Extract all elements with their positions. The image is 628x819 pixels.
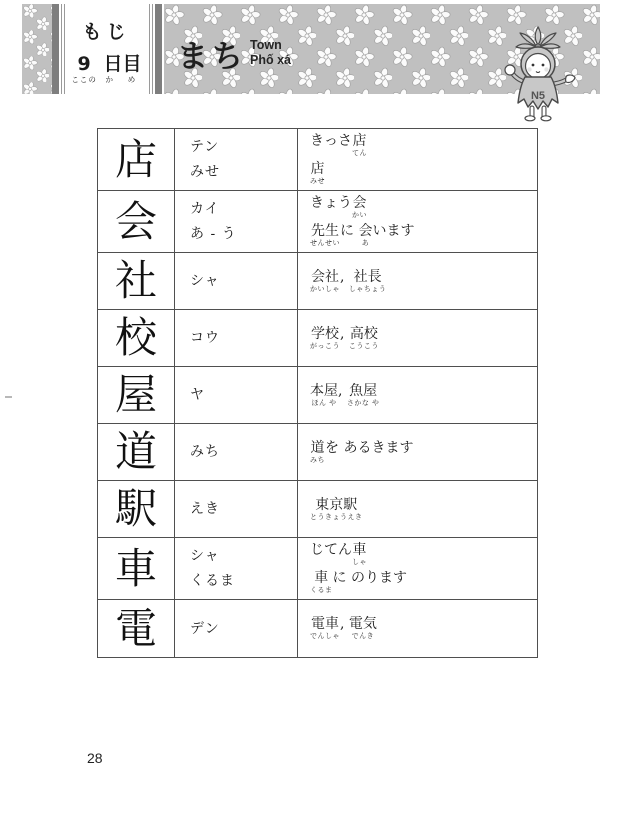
kanji-cell: 店 <box>98 129 175 190</box>
base-text: 本屋 <box>310 383 338 400</box>
base-text: 店 <box>353 133 367 150</box>
furigana: がっこう <box>310 343 340 351</box>
text-segment: 目め <box>123 53 142 84</box>
reading-cell: コウ <box>175 310 298 366</box>
text-segment: います <box>372 223 414 240</box>
base-text: 会 <box>353 195 367 212</box>
base-text: 社長 <box>354 269 382 286</box>
kanji-cell: 電 <box>98 600 175 657</box>
example-line: 道みちを あるきます <box>310 440 537 465</box>
furigana: かい <box>352 212 367 220</box>
example-cell: じてん車しゃ車くるまに のります <box>298 538 537 599</box>
kanji-cell: 校 <box>98 310 175 366</box>
example-cell: きっさ店てん店みせ <box>298 129 537 190</box>
example-cell: きょう会かい先生せんせいに 会あいます <box>298 191 537 252</box>
text-segment: , <box>340 616 349 633</box>
reading: あ - う <box>190 226 297 242</box>
topic-translations: Town Phố xá <box>250 38 291 68</box>
example-line: 学校がっこう, 高校こうこう <box>310 326 537 351</box>
base-text: きっさ <box>310 133 352 150</box>
text-segment: 会かい <box>352 195 367 220</box>
text-segment: , <box>340 269 349 286</box>
base-text: , <box>340 326 349 343</box>
text-segment: 電車でんしゃ <box>310 616 340 641</box>
furigana: でんき <box>352 633 375 641</box>
reading-cell: カイあ - う <box>175 191 298 252</box>
reading: みち <box>190 444 297 460</box>
base-text: 高校 <box>350 326 378 343</box>
reading: ヤ <box>190 387 297 403</box>
lesson-header-box: もじ 9ここの 日か目め <box>66 4 147 94</box>
base-text: 9 <box>78 53 91 75</box>
table-row: 社シャ会社かいしゃ, 社長しゃちょう <box>98 253 537 310</box>
reading: シャ <box>190 273 297 289</box>
reading: テン <box>190 139 297 155</box>
base-text: 車 <box>314 570 328 587</box>
base-text: 魚屋 <box>349 383 377 400</box>
furigana: せんせい <box>310 240 340 248</box>
divider-line <box>152 4 153 94</box>
base-text: 東京駅 <box>315 497 357 514</box>
text-segment: 車しゃ <box>352 542 367 567</box>
table-row: 校コウ学校がっこう, 高校こうこう <box>98 310 537 367</box>
text-segment: 車くるま <box>310 570 333 595</box>
mascot-face <box>526 54 551 79</box>
text-segment: きょう <box>310 195 352 212</box>
reading: くるま <box>190 573 297 589</box>
example-cell: 学校がっこう, 高校こうこう <box>298 310 537 366</box>
example-line: 本屋ほん や, 魚屋さかな や <box>310 383 537 408</box>
base-text: に <box>340 223 358 240</box>
unit-label: もじ <box>82 17 130 44</box>
base-text: 電車 <box>311 616 339 633</box>
reading: カイ <box>190 201 297 217</box>
reading: えき <box>190 501 297 517</box>
example-line: きょう会かい <box>310 195 537 220</box>
example-cell: 道みちを あるきます <box>298 424 537 480</box>
base-text: きょう <box>310 195 352 212</box>
example-cell: 電車でんしゃ, 電気でんき <box>298 600 537 657</box>
kanji-cell: 車 <box>98 538 175 599</box>
reading: デン <box>190 621 297 637</box>
kanji-table: 店テンみせきっさ店てん店みせ会カイあ - うきょう会かい先生せんせいに 会あいま… <box>97 128 538 658</box>
base-text: 日 <box>97 53 123 75</box>
translation-vietnamese: Phố xá <box>250 53 291 68</box>
reading: コウ <box>190 330 297 346</box>
example-line: 東京駅とうきょうえき <box>310 497 537 522</box>
furigana: ほん や <box>312 400 337 408</box>
base-text: , <box>340 616 349 633</box>
table-row: 電デン電車でんしゃ, 電気でんき <box>98 600 537 657</box>
reading: シャ <box>190 548 297 564</box>
text-segment: 学校がっこう <box>310 326 340 351</box>
furigana: しゃちょう <box>349 286 387 294</box>
example-line: きっさ店てん <box>310 133 537 158</box>
text-segment: , <box>338 383 347 400</box>
text-segment: 社長しゃちょう <box>349 269 387 294</box>
base-text: じてん <box>310 542 352 559</box>
reading-cell: えき <box>175 481 298 537</box>
text-segment: 日か <box>97 53 123 84</box>
text-segment: を あるきます <box>325 440 413 457</box>
furigana: ここの <box>71 75 97 84</box>
base-text: 車 <box>353 542 367 559</box>
text-segment: 先生せんせい <box>310 223 340 248</box>
furigana: てん <box>352 150 367 158</box>
reading-cell: みち <box>175 424 298 480</box>
base-text: を あるきます <box>325 440 413 457</box>
kanji-cell: 会 <box>98 191 175 252</box>
base-text: 先生 <box>311 223 339 240</box>
base-text: います <box>372 223 414 240</box>
text-segment: に のります <box>333 570 407 587</box>
vertical-bar-right <box>155 4 162 94</box>
base-text: , <box>338 383 347 400</box>
text-segment: 魚屋さかな や <box>347 383 379 408</box>
base-text: 店 <box>311 161 325 178</box>
reading-cell: デン <box>175 600 298 657</box>
table-row: 車シャくるまじてん車しゃ車くるまに のります <box>98 538 537 600</box>
furigana: みせ <box>310 178 325 186</box>
text-segment: 店てん <box>352 133 367 158</box>
base-text: 目 <box>123 53 142 75</box>
topic-title: まち <box>177 31 247 76</box>
text-segment: , <box>340 326 349 343</box>
text-segment: 電気でんき <box>349 616 377 641</box>
example-line: 先生せんせいに 会あいます <box>310 223 537 248</box>
example-line: じてん車しゃ <box>310 542 537 567</box>
base-text: 会社 <box>311 269 339 286</box>
text-segment: 東京駅とうきょうえき <box>310 497 363 522</box>
furigana: くるま <box>310 587 333 595</box>
page-number: 28 <box>87 750 103 766</box>
table-row: 駅えき東京駅とうきょうえき <box>98 481 537 538</box>
table-row: 会カイあ - うきょう会かい先生せんせいに 会あいます <box>98 191 537 253</box>
kanji-cell: 屋 <box>98 367 175 423</box>
mascot-legs <box>525 108 551 121</box>
text-segment: 高校こうこう <box>349 326 379 351</box>
text-segment: 道みち <box>310 440 325 465</box>
furigana: さかな や <box>347 400 379 408</box>
furigana: みち <box>310 457 325 465</box>
text-segment: に <box>340 223 358 240</box>
furigana: とうきょうえき <box>310 514 363 522</box>
textbook-page: もじ 9ここの 日か目め まち Town Phố xá <box>0 0 628 819</box>
furigana: こうこう <box>349 343 379 351</box>
example-line: 会社かいしゃ, 社長しゃちょう <box>310 269 537 294</box>
reading-cell: テンみせ <box>175 129 298 190</box>
divider-line <box>64 4 65 94</box>
vertical-bar-left <box>52 4 59 94</box>
example-line: 車くるまに のります <box>310 570 537 595</box>
example-cell: 東京駅とうきょうえき <box>298 481 537 537</box>
example-line: 電車でんしゃ, 電気でんき <box>310 616 537 641</box>
kanji-cell: 道 <box>98 424 175 480</box>
table-row: 店テンみせきっさ店てん店みせ <box>98 129 537 191</box>
base-text: 電気 <box>349 616 377 633</box>
reading-cell: ヤ <box>175 367 298 423</box>
base-text: 学校 <box>311 326 339 343</box>
kanji-cell: 駅 <box>98 481 175 537</box>
mascot-badge: N5 <box>531 90 545 102</box>
furigana: あ <box>362 240 370 248</box>
example-cell: 会社かいしゃ, 社長しゃちょう <box>298 253 537 309</box>
base-text: 道 <box>311 440 325 457</box>
reading-cell: シャ <box>175 253 298 309</box>
divider-line <box>149 4 150 94</box>
text-segment: きっさ <box>310 133 352 150</box>
base-text: , <box>340 269 349 286</box>
text-segment: 店みせ <box>310 161 325 186</box>
margin-mark <box>5 396 12 398</box>
furigana: しゃ <box>352 559 367 567</box>
mascot-character: N5 <box>496 26 580 122</box>
table-row: 屋ヤ本屋ほん や, 魚屋さかな や <box>98 367 537 424</box>
day-number: 9ここの 日か目め <box>71 53 141 84</box>
kanji-cell: 社 <box>98 253 175 309</box>
translation-english: Town <box>250 38 291 53</box>
reading: みせ <box>190 164 297 180</box>
text-segment: 会あ <box>358 223 372 248</box>
text-segment: 会社かいしゃ <box>310 269 340 294</box>
base-text: 会 <box>358 223 372 240</box>
furigana: でんしゃ <box>310 633 340 641</box>
table-row: 道みち道みちを あるきます <box>98 424 537 481</box>
furigana: か <box>105 75 114 84</box>
divider-line <box>61 4 62 94</box>
text-segment: 9ここの <box>71 53 97 84</box>
example-cell: 本屋ほん や, 魚屋さかな や <box>298 367 537 423</box>
furigana: かいしゃ <box>310 286 340 294</box>
text-segment: じてん <box>310 542 352 559</box>
text-segment: 本屋ほん や <box>310 383 338 408</box>
reading-cell: シャくるま <box>175 538 298 599</box>
example-line: 店みせ <box>310 161 537 186</box>
base-text: に のります <box>333 570 407 587</box>
furigana: め <box>128 75 137 84</box>
flower-strip-left <box>22 4 52 94</box>
